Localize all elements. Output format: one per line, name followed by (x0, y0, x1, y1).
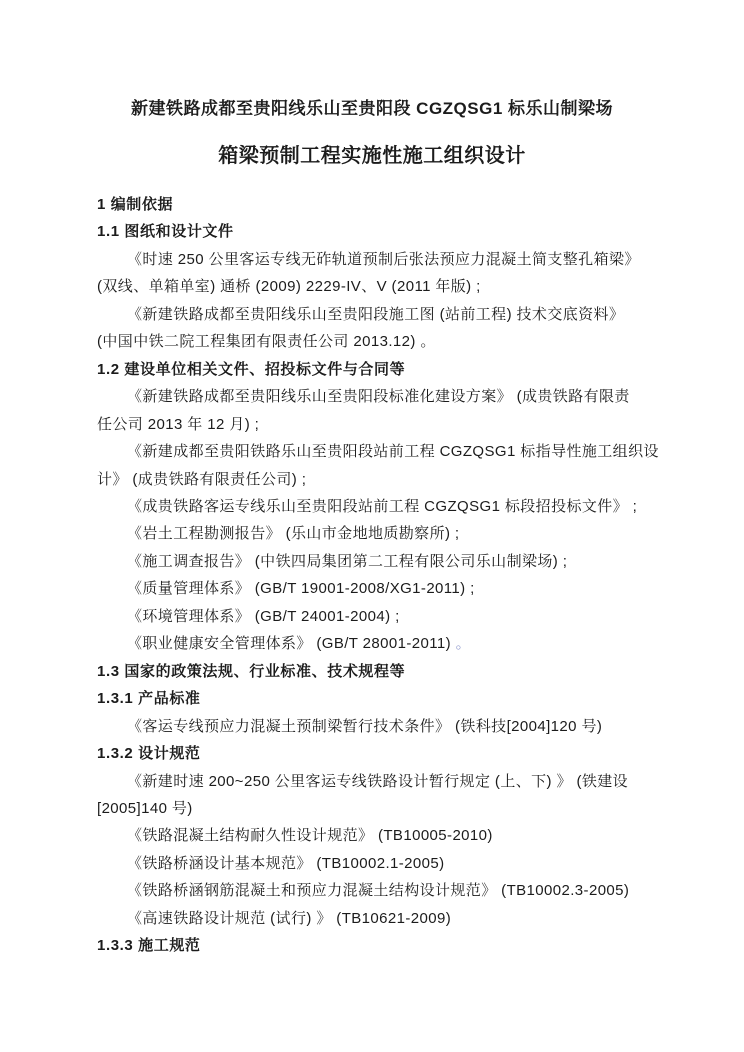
doc-line: 《新建铁路成都至贵阳线乐山至贵阳段施工图 (站前工程) 技术交底资料》 (97, 301, 697, 328)
doc-line: 任公司 2013 年 12 月) ; (97, 411, 697, 438)
section-heading-1-1: 1.1 图纸和设计文件 (97, 218, 697, 245)
doc-line: 《质量管理体系》 (GB/T 19001-2008/XG1-2011) ; (97, 575, 697, 602)
document-body: 1 编制依据 1.1 图纸和设计文件 《时速 250 公里客运专线无砟轨道预制后… (97, 191, 697, 960)
section-heading-1-3-1: 1.3.1 产品标准 (97, 685, 697, 712)
doc-line-text: 《职业健康安全管理体系》 (GB/T 28001-2011) (127, 635, 451, 652)
doc-line: 计》 (成贵铁路有限责任公司) ; (97, 466, 697, 493)
section-heading-1-2: 1.2 建设单位相关文件、招投标文件与合同等 (97, 356, 697, 383)
doc-line: (中国中铁二院工程集团有限责任公司 2013.12) 。 (97, 328, 697, 355)
doc-line: 《铁路混凝土结构耐久性设计规范》 (TB10005-2010) (97, 822, 697, 849)
doc-line: (双线、单箱单室) 通桥 (2009) 2229-IV、V (2011 年版) … (97, 273, 697, 300)
blue-period: 。 (451, 635, 471, 652)
doc-line: 《施工调查报告》 (中铁四局集团第二工程有限公司乐山制梁场) ; (97, 548, 697, 575)
doc-line: 《岩土工程勘测报告》 (乐山市金地地质勘察所) ; (97, 520, 697, 547)
doc-line: 《新建铁路成都至贵阳线乐山至贵阳段标准化建设方案》 (成贵铁路有限责 (97, 383, 697, 410)
section-heading-1-3-2: 1.3.2 设计规范 (97, 740, 697, 767)
doc-line: 《客运专线预应力混凝土预制梁暂行技术条件》 (铁科技[2004]120 号) (97, 713, 697, 740)
doc-line: 《职业健康安全管理体系》 (GB/T 28001-2011) 。 (97, 630, 697, 657)
section-heading-1: 1 编制依据 (97, 191, 697, 218)
document-title-line2: 箱梁预制工程实施性施工组织设计 (0, 139, 744, 168)
doc-line: 《高速铁路设计规范 (试行) 》 (TB10621-2009) (97, 905, 697, 932)
section-heading-1-3: 1.3 国家的政策法规、行业标准、技术规程等 (97, 658, 697, 685)
doc-line: 《成贵铁路客运专线乐山至贵阳段站前工程 CGZQSG1 标段招投标文件》 ; (97, 493, 697, 520)
document-page: 新建铁路成都至贵阳线乐山至贵阳段 CGZQSG1 标乐山制梁场 箱梁预制工程实施… (0, 0, 744, 1052)
doc-line: 《环境管理体系》 (GB/T 24001-2004) ; (97, 603, 697, 630)
document-title-line1: 新建铁路成都至贵阳线乐山至贵阳段 CGZQSG1 标乐山制梁场 (0, 94, 744, 119)
doc-line: 《新建成都至贵阳铁路乐山至贵阳段站前工程 CGZQSG1 标指导性施工组织设 (97, 438, 697, 465)
doc-line: 《时速 250 公里客运专线无砟轨道预制后张法预应力混凝土简支整孔箱梁》 (97, 246, 697, 273)
doc-line: 《新建时速 200~250 公里客运专线铁路设计暂行规定 (上、下) 》 (铁建… (97, 768, 697, 795)
doc-line: 《铁路桥涵设计基本规范》 (TB10002.1-2005) (97, 850, 697, 877)
doc-line: [2005]140 号) (97, 795, 697, 822)
section-heading-1-3-3: 1.3.3 施工规范 (97, 932, 697, 959)
doc-line: 《铁路桥涵钢筋混凝土和预应力混凝土结构设计规范》 (TB10002.3-2005… (97, 877, 697, 904)
